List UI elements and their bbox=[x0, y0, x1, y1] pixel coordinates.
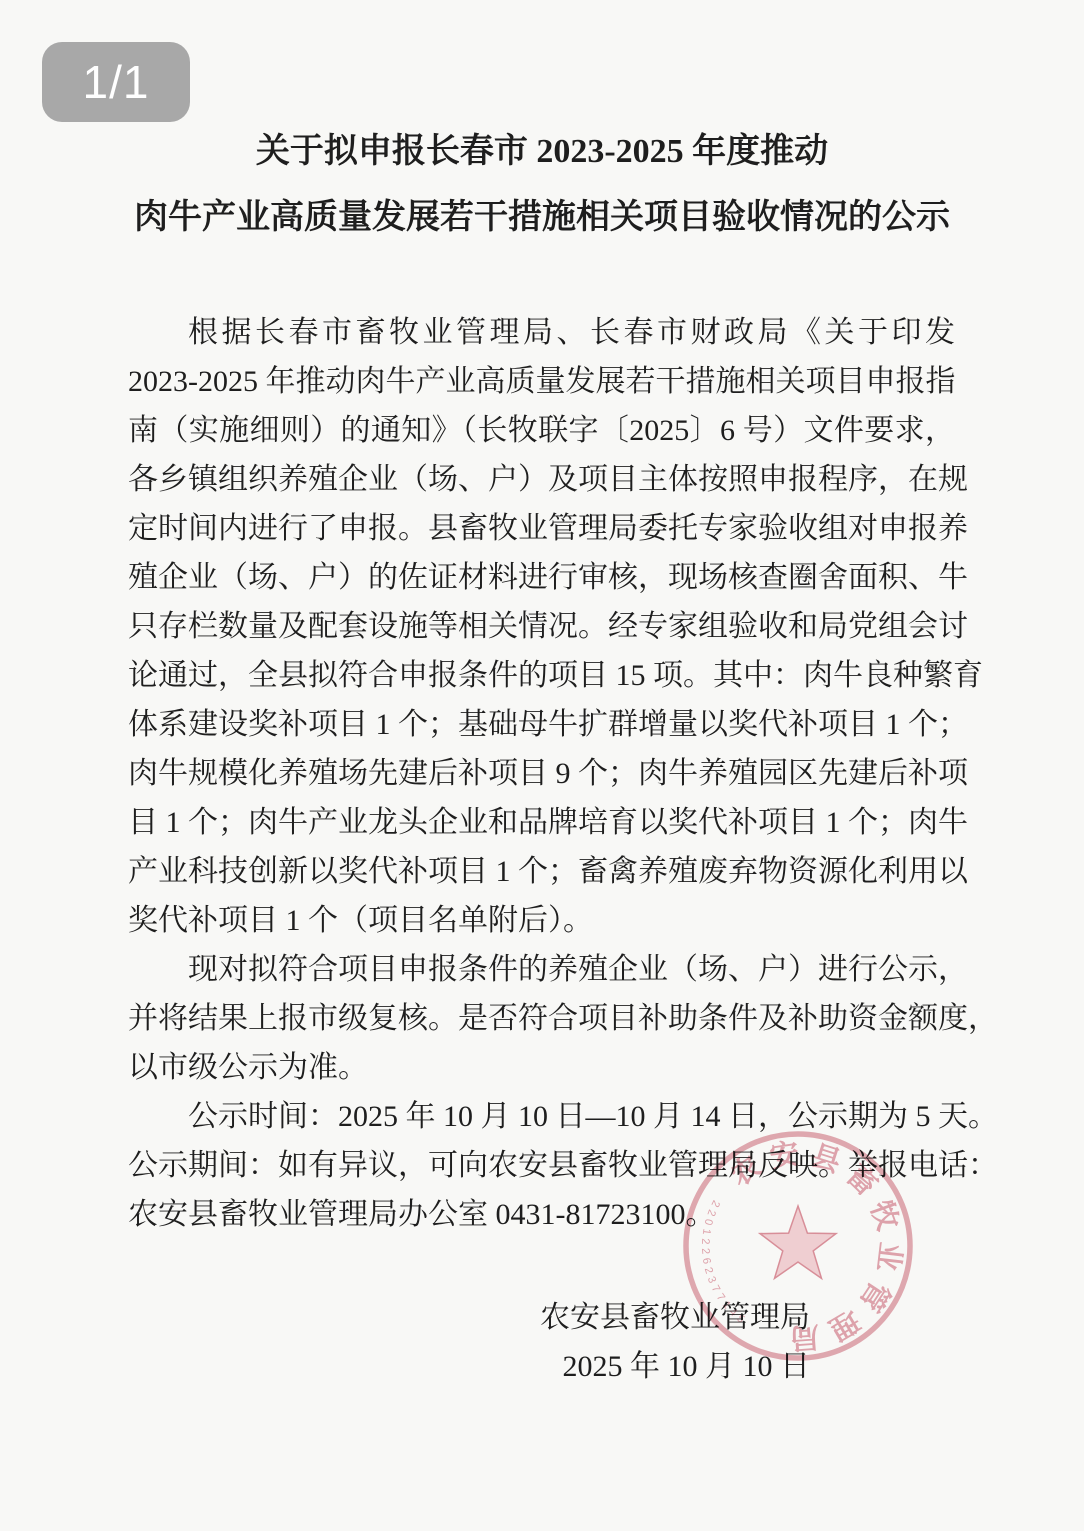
body-line: 以市级公示为准。 bbox=[128, 1043, 955, 1092]
document-body: 根据长春市畜牧业管理局、长春市财政局《关于印发 2023-2025 年推动肉牛产… bbox=[128, 308, 955, 1391]
body-line: 产业科技创新以奖代补项目 1 个；畜禽养殖废弃物资源化利用以 bbox=[128, 847, 955, 896]
body-line: 肉牛规模化养殖场先建后补项目 9 个；肉牛养殖园区先建后补项 bbox=[128, 749, 955, 798]
paragraph-2: 现对拟符合项目申报条件的养殖企业（场、户）进行公示， 并将结果上报市级复核。是否… bbox=[128, 945, 955, 1092]
page-number-badge: 1/1 bbox=[42, 42, 190, 122]
body-line: 公示期间：如有异议，可向农安县畜牧业管理局反映。举报电话： bbox=[128, 1141, 955, 1190]
body-line: 奖代补项目 1 个（项目名单附后）。 bbox=[128, 896, 955, 945]
body-line: 定时间内进行了申报。县畜牧业管理局委托专家验收组对申报养 bbox=[128, 504, 955, 553]
body-line: 2023-2025 年推动肉牛产业高质量发展若干措施相关项目申报指 bbox=[128, 357, 955, 406]
paragraph-1: 根据长春市畜牧业管理局、长春市财政局《关于印发 2023-2025 年推动肉牛产… bbox=[128, 308, 955, 945]
signature-org: 农安县畜牧业管理局 bbox=[128, 1293, 810, 1342]
document-title-line1: 关于拟申报长春市 2023-2025 年度推动 bbox=[0, 132, 1084, 172]
body-line: 体系建设奖补项目 1 个；基础母牛扩群增量以奖代补项目 1 个； bbox=[128, 700, 955, 749]
body-line: 农安县畜牧业管理局办公室 0431-81723100。 bbox=[128, 1190, 955, 1239]
body-line: 殖企业（场、户）的佐证材料进行审核，现场核查圈舍面积、牛 bbox=[128, 553, 955, 602]
body-line: 并将结果上报市级复核。是否符合项目补助条件及补助资金额度， bbox=[128, 994, 955, 1043]
body-line: 论通过，全县拟符合申报条件的项目 15 项。其中：肉牛良种繁育 bbox=[128, 651, 955, 700]
document-page: { "page": { "badge_label": "1/1", "badge… bbox=[0, 0, 1084, 1531]
body-line: 目 1 个；肉牛产业龙头企业和品牌培育以奖代补项目 1 个；肉牛 bbox=[128, 798, 955, 847]
body-line: 根据长春市畜牧业管理局、长春市财政局《关于印发 bbox=[128, 308, 955, 357]
body-line: 公示时间：2025 年 10 月 10 日—10 月 14 日，公示期为 5 天… bbox=[128, 1092, 955, 1141]
page-number-label: 1/1 bbox=[83, 55, 150, 109]
body-line: 现对拟符合项目申报条件的养殖企业（场、户）进行公示， bbox=[128, 945, 955, 994]
body-line: 只存栏数量及配套设施等相关情况。经专家组验收和局党组会讨 bbox=[128, 602, 955, 651]
document-title-line2: 肉牛产业高质量发展若干措施相关项目验收情况的公示 bbox=[0, 198, 1084, 238]
signature-block: 农安县畜牧业管理局 2025 年 10 月 10 日 bbox=[128, 1293, 955, 1391]
body-line: 南（实施细则）的通知》（长牧联字〔2025〕6 号）文件要求， bbox=[128, 406, 955, 455]
body-line: 各乡镇组织养殖企业（场、户）及项目主体按照申报程序，在规 bbox=[128, 455, 955, 504]
signature-date: 2025 年 10 月 10 日 bbox=[128, 1342, 810, 1391]
paragraph-3: 公示时间：2025 年 10 月 10 日—10 月 14 日，公示期为 5 天… bbox=[128, 1092, 955, 1239]
